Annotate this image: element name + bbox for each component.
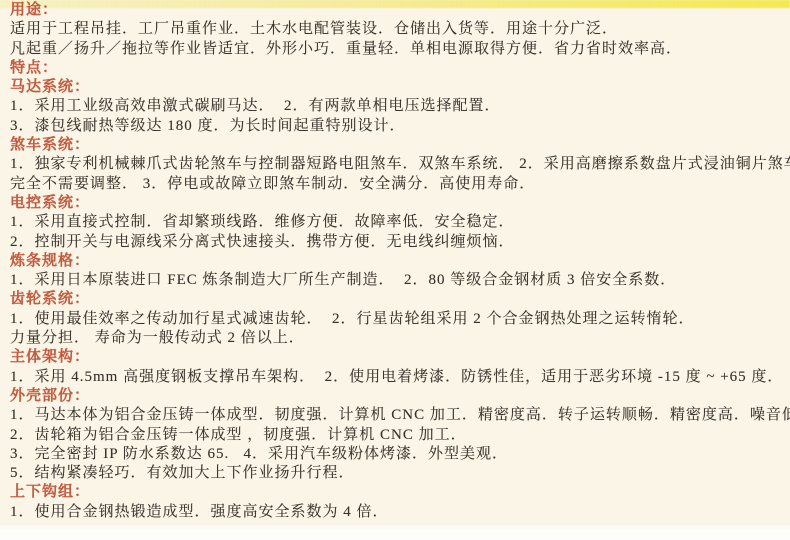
text-line: 1．采用 4.5mm 高强度钢板支撑吊车架构． 2．使用电着烤漆．防锈性佳，适用… bbox=[10, 368, 786, 387]
text-line: 3．漆包线耐热等级达 180 度．为长时间起重特别设计． bbox=[10, 117, 786, 136]
text-line: 1．独家专利机械棘爪式齿轮煞车与控制器短路电阻煞车．双煞车系统． 2．采用高磨擦… bbox=[10, 155, 786, 174]
text-line: 1．采用直接式控制．省却繁琐线路．维修方便．故障率低．安全稳定． bbox=[10, 213, 786, 232]
section-heading-usage: 用途： bbox=[10, 1, 786, 20]
document-page: 用途： 适用于工程吊挂．工厂吊重作业．土木水电配管装设．仓储出入货等．用途十分广… bbox=[0, 0, 790, 540]
text-line: 1．马达本体为铝合金压铸一体成型．韧度强．计算机 CNC 加工．精密度高．转子运… bbox=[10, 406, 786, 425]
section-heading-brake: 煞车系统： bbox=[10, 136, 786, 155]
section-heading-gear: 齿轮系统： bbox=[10, 290, 786, 309]
text-line: 凡起重／扬升／拖拉等作业皆适宜．外形小巧．重量轻．单相电源取得方便．省力省时效率… bbox=[10, 40, 786, 59]
section-heading-hooks: 上下钩组： bbox=[10, 483, 786, 502]
text-line: 1．采用工业级高效串激式碳刷马达． 2．有两款单相电压选择配置． bbox=[10, 97, 786, 116]
text-line: 2．齿轮箱为铝合金压铸一体成型 ，韧度强．计算机 CNC 加工． bbox=[10, 426, 786, 445]
document-body: 用途： 适用于工程吊挂．工厂吊重作业．土木水电配管装设．仓储出入货等．用途十分广… bbox=[10, 1, 786, 522]
text-line: 1．采用日本原装进口 FEC 炼条制造大厂所生产制造． 2．80 等级合金钢材质… bbox=[10, 271, 786, 290]
text-line: 适用于工程吊挂．工厂吊重作业．土木水电配管装设．仓储出入货等．用途十分广泛． bbox=[10, 20, 786, 39]
scan-bottom-white-strip bbox=[0, 525, 790, 540]
section-heading-chain: 炼条规格： bbox=[10, 252, 786, 271]
text-line: 3．完全密封 IP 防水系数达 65. 4．采用汽车级粉体烤漆．外型美观． bbox=[10, 445, 786, 464]
section-heading-structure: 主体架构： bbox=[10, 348, 786, 367]
text-line: 完全不需要调整． 3．停电或故障立即煞车制动．安全满分．高使用寿命． bbox=[10, 175, 786, 194]
section-heading-casing: 外壳部份： bbox=[10, 387, 786, 406]
text-line: 1．使用合金钢热锻造成型．强度高安全系数为 4 倍． bbox=[10, 503, 786, 522]
section-heading-electric: 电控系统： bbox=[10, 194, 786, 213]
section-heading-motor: 马达系统： bbox=[10, 78, 786, 97]
section-heading-features: 特点： bbox=[10, 59, 786, 78]
text-line: 2．控制开关与电源线采分离式快速接头．携带方便．无电线纠缠烦恼． bbox=[10, 233, 786, 252]
text-line: 力量分担． 寿命为一般传动式 2 倍以上． bbox=[10, 329, 786, 348]
text-line: 5．结构紧凑轻巧．有效加大上下作业扬升行程． bbox=[10, 464, 786, 483]
text-line: 1．使用最佳效率之传动加行星式减速齿轮． 2．行星齿轮组采用 2 个合金钢热处理… bbox=[10, 310, 786, 329]
